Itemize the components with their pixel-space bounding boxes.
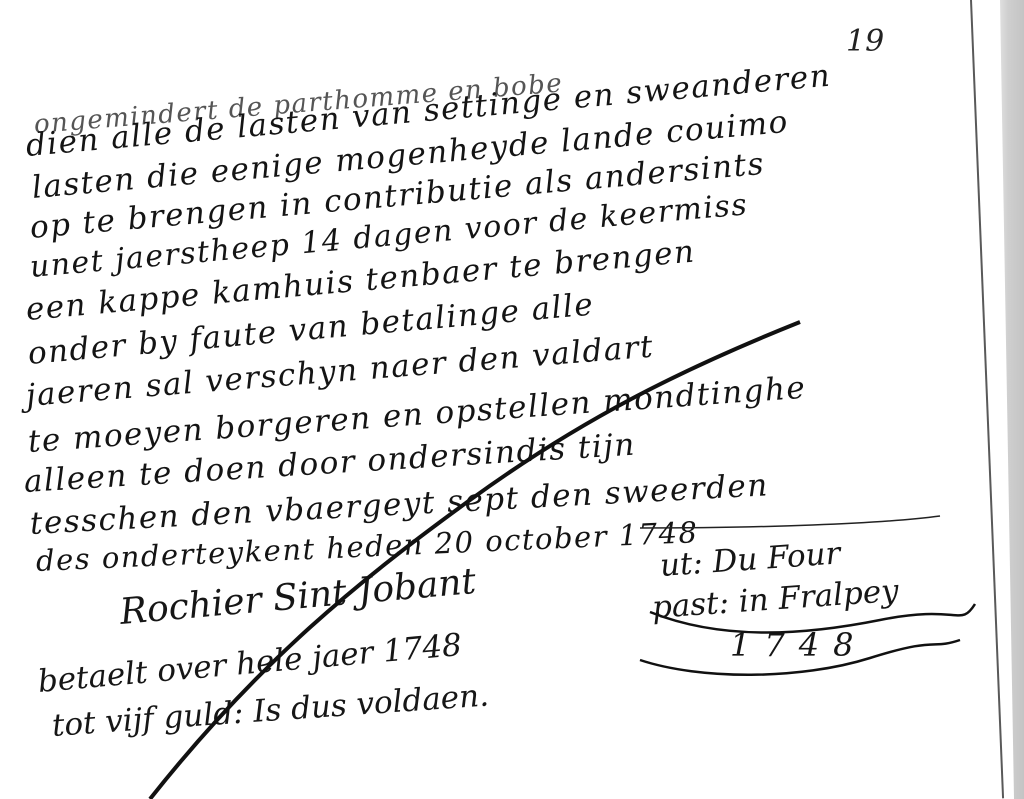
- manuscript-page: 19 ongemindert de parthomme en bobe dien…: [0, 0, 1024, 799]
- signature-right-year: 1748: [730, 626, 867, 664]
- page-edge-line: [970, 0, 1004, 798]
- page-number: 19: [846, 24, 884, 59]
- page-edge-shadow: [984, 0, 1024, 799]
